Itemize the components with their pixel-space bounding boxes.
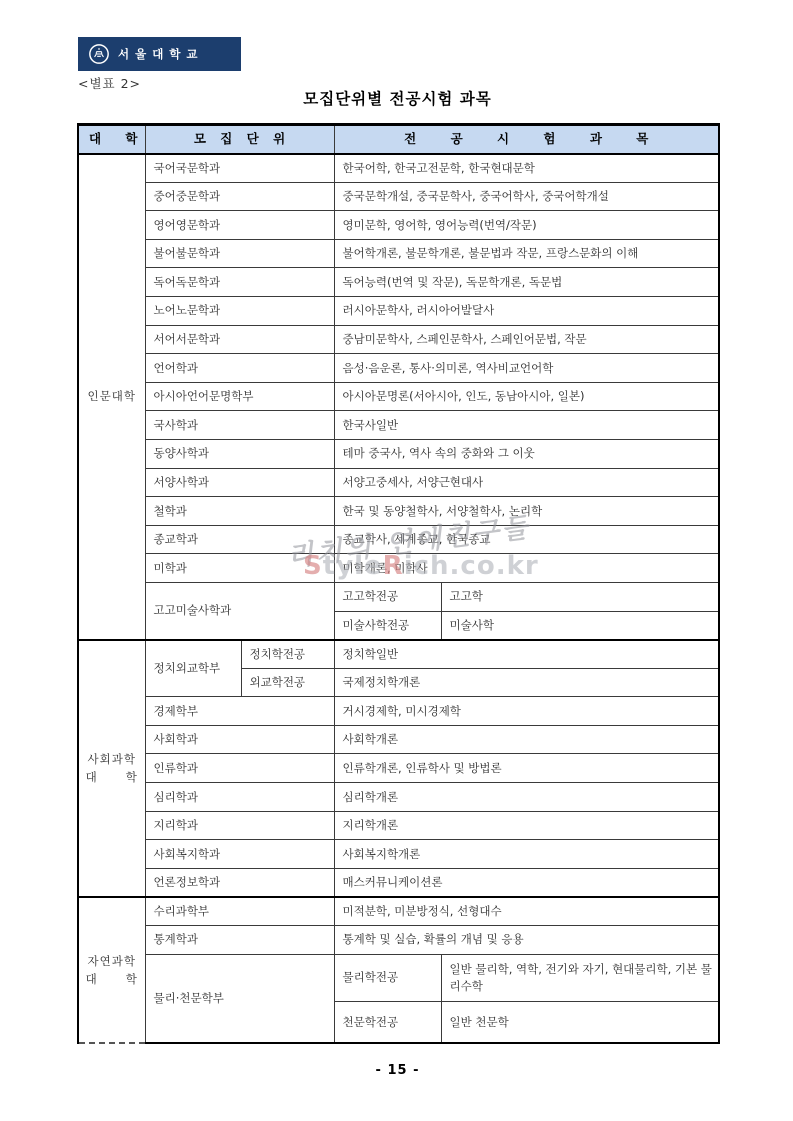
table-row: 통계학과통계학 및 실습, 확률의 개념 및 응용: [78, 926, 719, 955]
table-body: 인문대학국어국문학과한국어학, 한국고전문학, 한국현대문학중어중문학과중국문학…: [78, 154, 719, 1044]
subject-cell: 인류학개론, 인류학사 및 방법론: [334, 754, 719, 783]
submajor-cell: 외교학전공: [241, 668, 334, 697]
subject-cell: 테마 중국사, 역사 속의 중화와 그 이웃: [334, 439, 719, 468]
subject-cell: 사회학개론: [334, 725, 719, 754]
snu-emblem-icon: [88, 43, 110, 65]
table-row: 경제학부거시경제학, 미시경제학: [78, 697, 719, 726]
table-row: 인류학과인류학개론, 인류학사 및 방법론: [78, 754, 719, 783]
table-row: 지리학과지리학개론: [78, 811, 719, 840]
subject-cell: 불어학개론, 불문학개론, 불문법과 작문, 프랑스문화의 이해: [334, 239, 719, 268]
unit-cell: 아시아언어문명학부: [145, 382, 334, 411]
unit-cell: 서양사학과: [145, 468, 334, 497]
unit-cell: 서어서문학과: [145, 325, 334, 354]
subject-cell: 거시경제학, 미시경제학: [334, 697, 719, 726]
logo-text: 서울대학교: [118, 46, 204, 62]
unit-cell: 심리학과: [145, 783, 334, 812]
unit-cell: 정치외교학부: [145, 640, 241, 697]
subjects-table: 대 학 모 집 단 위 전 공 시 험 과 목 인문대학국어국문학과한국어학, …: [77, 123, 720, 1044]
college-name-line: 인문대학: [81, 387, 143, 405]
unit-cell: 물리·천문학부: [145, 954, 334, 1043]
unit-cell: 동양사학과: [145, 439, 334, 468]
table-row: 인문대학국어국문학과한국어학, 한국고전문학, 한국현대문학: [78, 154, 719, 183]
page-title: 모집단위별 전공시험 과목: [77, 87, 718, 109]
table-row: 철학과한국 및 동양철학사, 서양철학사, 논리학: [78, 497, 719, 526]
unit-cell: 인류학과: [145, 754, 334, 783]
table-row: 물리·천문학부물리학전공일반 물리학, 역학, 전기와 자기, 현대물리학, 기…: [78, 954, 719, 1001]
unit-cell: 지리학과: [145, 811, 334, 840]
subject-cell: 일반 천문학: [441, 1001, 719, 1043]
subject-cell: 일반 물리학, 역학, 전기와 자기, 현대물리학, 기본 물리수학: [441, 954, 719, 1001]
subject-cell: 지리학개론: [334, 811, 719, 840]
table-row: 사회과학대 학정치외교학부정치학전공정치학일반: [78, 640, 719, 669]
subject-cell: 사회복지학개론: [334, 840, 719, 869]
table-row: 미학과미학개론, 미학사: [78, 554, 719, 583]
subject-cell: 정치학일반: [334, 640, 719, 669]
unit-cell: 노어노문학과: [145, 296, 334, 325]
unit-cell: 중어중문학과: [145, 182, 334, 211]
unit-cell: 수리과학부: [145, 897, 334, 926]
table-row: 노어노문학과러시아문학사, 러시아어발달사: [78, 296, 719, 325]
unit-cell: 고고미술사학과: [145, 582, 334, 639]
table-row: 자연과학대 학수리과학부미적분학, 미분방정식, 선형대수: [78, 897, 719, 926]
table-row: 심리학과심리학개론: [78, 783, 719, 812]
subject-cell: 통계학 및 실습, 확률의 개념 및 응용: [334, 926, 719, 955]
subject-cell: 러시아문학사, 러시아어발달사: [334, 296, 719, 325]
subject-cell: 영미문학, 영어학, 영어능력(번역/작문): [334, 211, 719, 240]
subject-cell: 국제정치학개론: [334, 668, 719, 697]
subject-cell: 중남미문학사, 스페인문학사, 스페인어문법, 작문: [334, 325, 719, 354]
college-cell: 인문대학: [78, 154, 145, 640]
subject-cell: 서양고중세사, 서양근현대사: [334, 468, 719, 497]
subject-cell: 중국문학개설, 중국문학사, 중국어학사, 중국어학개설: [334, 182, 719, 211]
subject-cell: 한국 및 동양철학사, 서양철학사, 논리학: [334, 497, 719, 526]
subject-cell: 음성·음운론, 통사·의미론, 역사비교언어학: [334, 354, 719, 383]
college-cell: 자연과학대 학: [78, 897, 145, 1043]
table-row: 국사학과한국사일반: [78, 411, 719, 440]
unit-cell: 언어학과: [145, 354, 334, 383]
subject-cell: 독어능력(번역 및 작문), 독문학개론, 독문법: [334, 268, 719, 297]
page-number: - 15 -: [77, 1063, 718, 1078]
table-row: 종교학과종교학사, 세계종교, 한국종교: [78, 525, 719, 554]
college-name-line: 사회과학: [81, 750, 143, 768]
subject-cell: 미술사학: [441, 611, 719, 640]
unit-cell: 국사학과: [145, 411, 334, 440]
table-row: 사회복지학과사회복지학개론: [78, 840, 719, 869]
university-logo: 서울대학교: [78, 37, 241, 71]
table-row: 고고미술사학과고고학전공고고학: [78, 582, 719, 611]
unit-cell: 언론정보학과: [145, 868, 334, 897]
unit-cell: 종교학과: [145, 525, 334, 554]
table-row: 독어독문학과독어능력(번역 및 작문), 독문학개론, 독문법: [78, 268, 719, 297]
table-row: 서어서문학과중남미문학사, 스페인문학사, 스페인어문법, 작문: [78, 325, 719, 354]
header-unit: 모 집 단 위: [145, 125, 334, 154]
college-name-line: 대 학: [81, 768, 143, 786]
subject-cell: 한국사일반: [334, 411, 719, 440]
submajor-cell: 물리학전공: [334, 954, 441, 1001]
submajor-cell: 미술사학전공: [334, 611, 441, 640]
table-header-row: 대 학 모 집 단 위 전 공 시 험 과 목: [78, 125, 719, 154]
subject-cell: 심리학개론: [334, 783, 719, 812]
unit-cell: 영어영문학과: [145, 211, 334, 240]
submajor-cell: 정치학전공: [241, 640, 334, 669]
header-subjects: 전 공 시 험 과 목: [334, 125, 719, 154]
table-row: 사회학과사회학개론: [78, 725, 719, 754]
table-row: 동양사학과테마 중국사, 역사 속의 중화와 그 이웃: [78, 439, 719, 468]
college-name-line: 대 학: [81, 970, 143, 988]
unit-cell: 미학과: [145, 554, 334, 583]
unit-cell: 사회학과: [145, 725, 334, 754]
table-row: 언론정보학과매스커뮤니케이션론: [78, 868, 719, 897]
subject-cell: 아시아문명론(서아시아, 인도, 동남아시아, 일본): [334, 382, 719, 411]
college-cell: 사회과학대 학: [78, 640, 145, 897]
table-row: 영어영문학과영미문학, 영어학, 영어능력(번역/작문): [78, 211, 719, 240]
table-row: 불어불문학과불어학개론, 불문학개론, 불문법과 작문, 프랑스문화의 이해: [78, 239, 719, 268]
unit-cell: 국어국문학과: [145, 154, 334, 183]
document-page: 서울대학교 <별표 2> 모집단위별 전공시험 과목 대 학 모 집 단 위 전…: [0, 0, 793, 1121]
table-row: 아시아언어문명학부아시아문명론(서아시아, 인도, 동남아시아, 일본): [78, 382, 719, 411]
submajor-cell: 천문학전공: [334, 1001, 441, 1043]
unit-cell: 독어독문학과: [145, 268, 334, 297]
unit-cell: 사회복지학과: [145, 840, 334, 869]
subject-cell: 한국어학, 한국고전문학, 한국현대문학: [334, 154, 719, 183]
unit-cell: 불어불문학과: [145, 239, 334, 268]
table-row: 중어중문학과중국문학개설, 중국문학사, 중국어학사, 중국어학개설: [78, 182, 719, 211]
table-row: 언어학과음성·음운론, 통사·의미론, 역사비교언어학: [78, 354, 719, 383]
submajor-cell: 고고학전공: [334, 582, 441, 611]
unit-cell: 통계학과: [145, 926, 334, 955]
subject-cell: 고고학: [441, 582, 719, 611]
subject-cell: 매스커뮤니케이션론: [334, 868, 719, 897]
subject-cell: 미적분학, 미분방정식, 선형대수: [334, 897, 719, 926]
unit-cell: 철학과: [145, 497, 334, 526]
unit-cell: 경제학부: [145, 697, 334, 726]
header-college: 대 학: [78, 125, 145, 154]
subject-cell: 미학개론, 미학사: [334, 554, 719, 583]
table-row: 서양사학과서양고중세사, 서양근현대사: [78, 468, 719, 497]
subject-cell: 종교학사, 세계종교, 한국종교: [334, 525, 719, 554]
college-name-line: 자연과학: [81, 952, 143, 970]
